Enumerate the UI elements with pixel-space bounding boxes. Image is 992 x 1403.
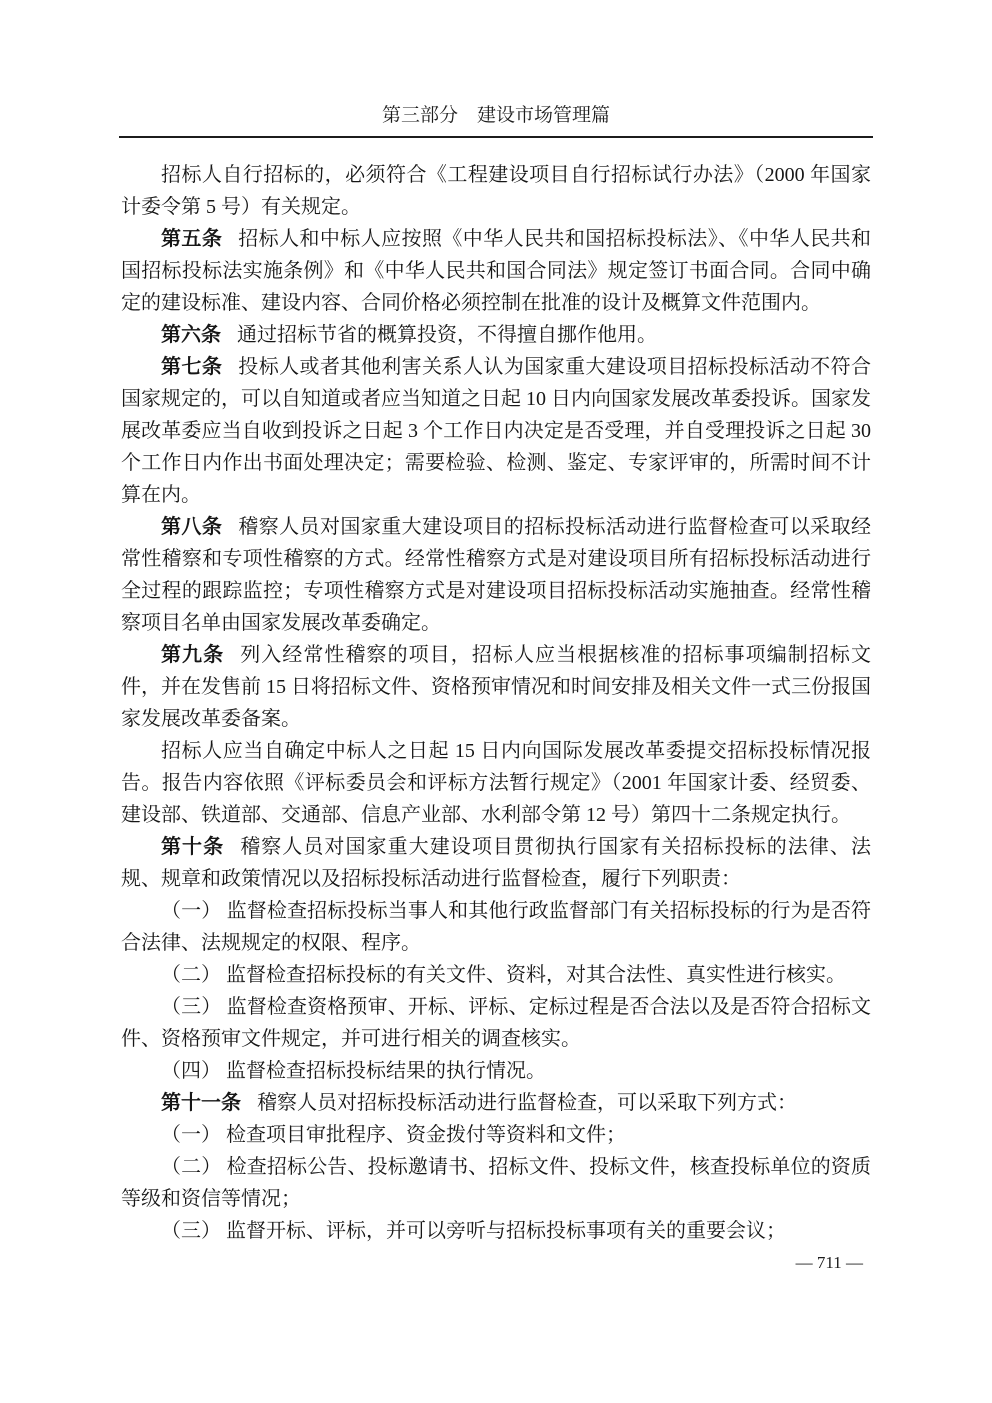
- paragraph-text: （二） 监督检查招标投标的有关文件、资料，对其合法性、真实性进行核实。: [161, 964, 846, 986]
- paragraph-text: 通过招标节省的概算投资，不得擅自挪作他用。: [237, 324, 657, 346]
- paragraph-item-10-4: （四） 监督检查招标投标结果的执行情况。: [121, 1055, 871, 1087]
- page-footer: — 711 —: [121, 1252, 871, 1274]
- paragraph-text: 稽察人员对招标投标活动进行监督检查，可以采取下列方式：: [257, 1092, 797, 1114]
- article-number: 第七条: [161, 356, 222, 378]
- document-page: 第三部分 建设市场管理篇 招标人自行招标的，必须符合《工程建设项目自行招标试行办…: [0, 0, 992, 1403]
- paragraph-article-6: 第六条通过招标节省的概算投资，不得擅自挪作他用。: [121, 319, 871, 351]
- paragraph-article-10: 第十条稽察人员对国家重大建设项目贯彻执行国家有关招标投标的法律、法规、规章和政策…: [121, 831, 871, 895]
- page-header: 第三部分 建设市场管理篇: [0, 0, 992, 138]
- paragraph-text: （四） 监督检查招标投标结果的执行情况。: [161, 1060, 546, 1082]
- paragraph-text: （一） 检查项目审批程序、资金拨付等资料和文件；: [161, 1124, 626, 1146]
- article-number: 第六条: [161, 324, 221, 346]
- paragraph-text: 投标人或者其他利害关系人认为国家重大建设项目招标投标活动不符合国家规定的，可以自…: [121, 356, 871, 506]
- header-title: 第三部分 建设市场管理篇: [0, 0, 992, 128]
- paragraph-text: 招标人自行招标的，必须符合《工程建设项目自行招标试行办法》（2000 年国家计委…: [121, 164, 871, 218]
- paragraph-text: 招标人和中标人应按照《中华人民共和国招标投标法》、《中华人民共和国招标投标法实施…: [121, 228, 871, 314]
- paragraph-intro: 招标人自行招标的，必须符合《工程建设项目自行招标试行办法》（2000 年国家计委…: [121, 159, 871, 223]
- paragraph-article-9: 第九条列入经常性稽察的项目，招标人应当根据核准的招标事项编制招标文件，并在发售前…: [121, 639, 871, 735]
- paragraph-text: 稽察人员对国家重大建设项目贯彻执行国家有关招标投标的法律、法规、规章和政策情况以…: [121, 836, 871, 890]
- paragraph-item-10-3: （三） 监督检查资格预审、开标、评标、定标过程是否合法以及是否符合招标文件、资格…: [121, 991, 871, 1055]
- paragraph-text: 招标人应当自确定中标人之日起 15 日内向国际发展改革委提交招标投标情况报告。报…: [121, 740, 871, 826]
- article-number: 第五条: [161, 228, 222, 250]
- page-number: — 711 —: [796, 1253, 863, 1272]
- article-number: 第十条: [161, 836, 224, 858]
- document-body: 招标人自行招标的，必须符合《工程建设项目自行招标试行办法》（2000 年国家计委…: [121, 159, 871, 1247]
- paragraph-text: （三） 监督开标、评标，并可以旁听与招标投标事项有关的重要会议；: [161, 1220, 786, 1242]
- paragraph-text: （三） 监督检查资格预审、开标、评标、定标过程是否合法以及是否符合招标文件、资格…: [121, 996, 871, 1050]
- paragraph-article-11: 第十一条稽察人员对招标投标活动进行监督检查，可以采取下列方式：: [121, 1087, 871, 1119]
- article-number: 第八条: [161, 516, 222, 538]
- paragraph-article-7: 第七条投标人或者其他利害关系人认为国家重大建设项目招标投标活动不符合国家规定的，…: [121, 351, 871, 511]
- article-number: 第九条: [161, 644, 224, 666]
- paragraph-article-9-cont: 招标人应当自确定中标人之日起 15 日内向国际发展改革委提交招标投标情况报告。报…: [121, 735, 871, 831]
- paragraph-item-10-1: （一） 监督检查招标投标当事人和其他行政监督部门有关招标投标的行为是否符合法律、…: [121, 895, 871, 959]
- paragraph-item-10-2: （二） 监督检查招标投标的有关文件、资料，对其合法性、真实性进行核实。: [121, 959, 871, 991]
- article-number: 第十一条: [161, 1092, 241, 1114]
- paragraph-text: （一） 监督检查招标投标当事人和其他行政监督部门有关招标投标的行为是否符合法律、…: [121, 900, 871, 954]
- paragraph-text: 列入经常性稽察的项目，招标人应当根据核准的招标事项编制招标文件，并在发售前 15…: [121, 644, 871, 730]
- paragraph-text: （二） 检查招标公告、投标邀请书、招标文件、投标文件，核查投标单位的资质等级和资…: [121, 1156, 871, 1210]
- paragraph-item-11-1: （一） 检查项目审批程序、资金拨付等资料和文件；: [121, 1119, 871, 1151]
- header-rule: [119, 136, 873, 138]
- paragraph-item-11-3: （三） 监督开标、评标，并可以旁听与招标投标事项有关的重要会议；: [121, 1215, 871, 1247]
- paragraph-article-5: 第五条招标人和中标人应按照《中华人民共和国招标投标法》、《中华人民共和国招标投标…: [121, 223, 871, 319]
- paragraph-item-11-2: （二） 检查招标公告、投标邀请书、招标文件、投标文件，核查投标单位的资质等级和资…: [121, 1151, 871, 1215]
- paragraph-text: 稽察人员对国家重大建设项目的招标投标活动进行监督检查可以采取经常性稽察和专项性稽…: [121, 516, 871, 634]
- paragraph-article-8: 第八条稽察人员对国家重大建设项目的招标投标活动进行监督检查可以采取经常性稽察和专…: [121, 511, 871, 639]
